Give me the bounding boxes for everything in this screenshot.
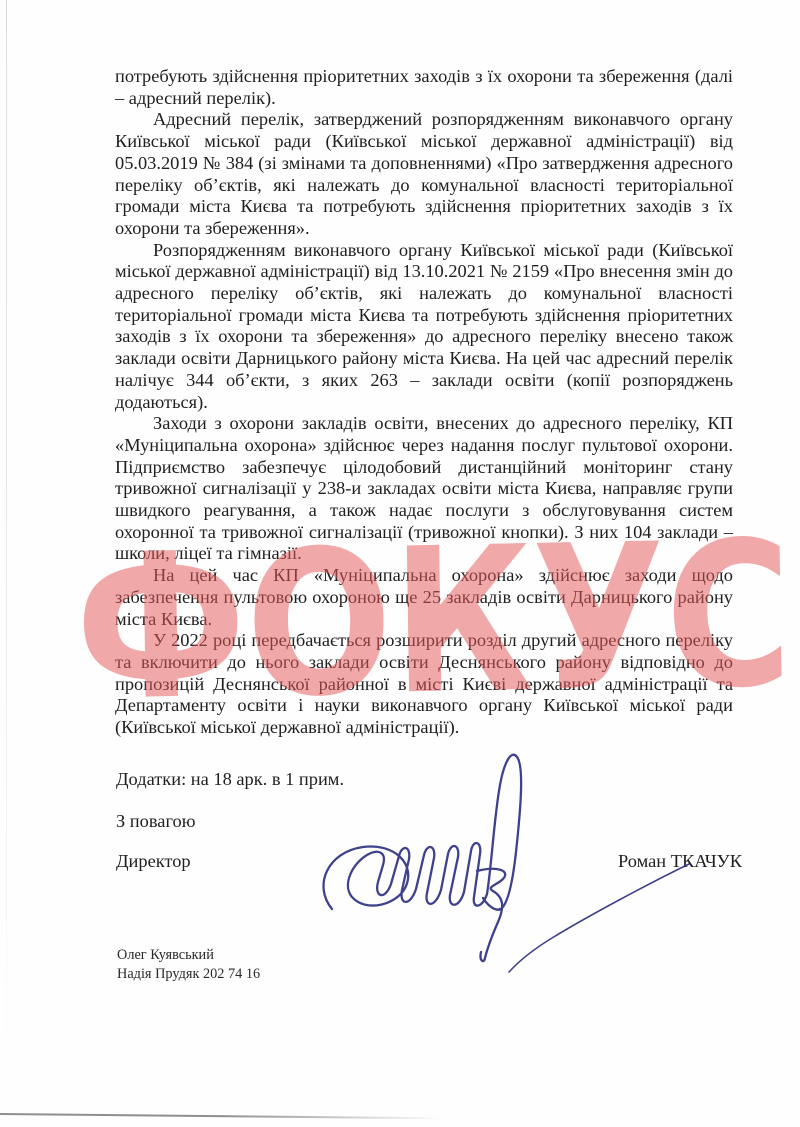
paragraph: Заходи з охорони закладів освіти, внесен…	[115, 413, 733, 565]
paragraph: У 2022 році передбачається розширити роз…	[115, 630, 733, 739]
letter-body: потребують здійснення пріоритетних заход…	[115, 66, 733, 739]
scan-artifact-bottom-line	[0, 1113, 451, 1119]
footer-contacts: Олег Куявський Надія Прудяк 202 74 16	[117, 946, 260, 984]
signer-name: Роман ТКАЧУК	[618, 851, 742, 872]
scan-artifact-left-edge	[6, 0, 7, 1095]
closing-line: З повагою	[116, 811, 195, 832]
footer-contact: Олег Куявський	[117, 946, 260, 965]
scanned-letter-page: потребують здійснення пріоритетних заход…	[0, 0, 800, 1127]
paragraph: потребують здійснення пріоритетних заход…	[115, 66, 733, 109]
signer-title: Директор	[116, 851, 191, 872]
paragraph: На цей час КП «Муніципальна охорона» зді…	[115, 565, 733, 630]
paragraph: Розпорядженням виконавчого органу Київсь…	[115, 240, 733, 414]
attachments-line: Додатки: на 18 арк. в 1 прим.	[116, 769, 344, 790]
paragraph: Адресний перелік, затверджений розпорядж…	[115, 109, 733, 239]
footer-contact: Надія Прудяк 202 74 16	[117, 965, 260, 984]
